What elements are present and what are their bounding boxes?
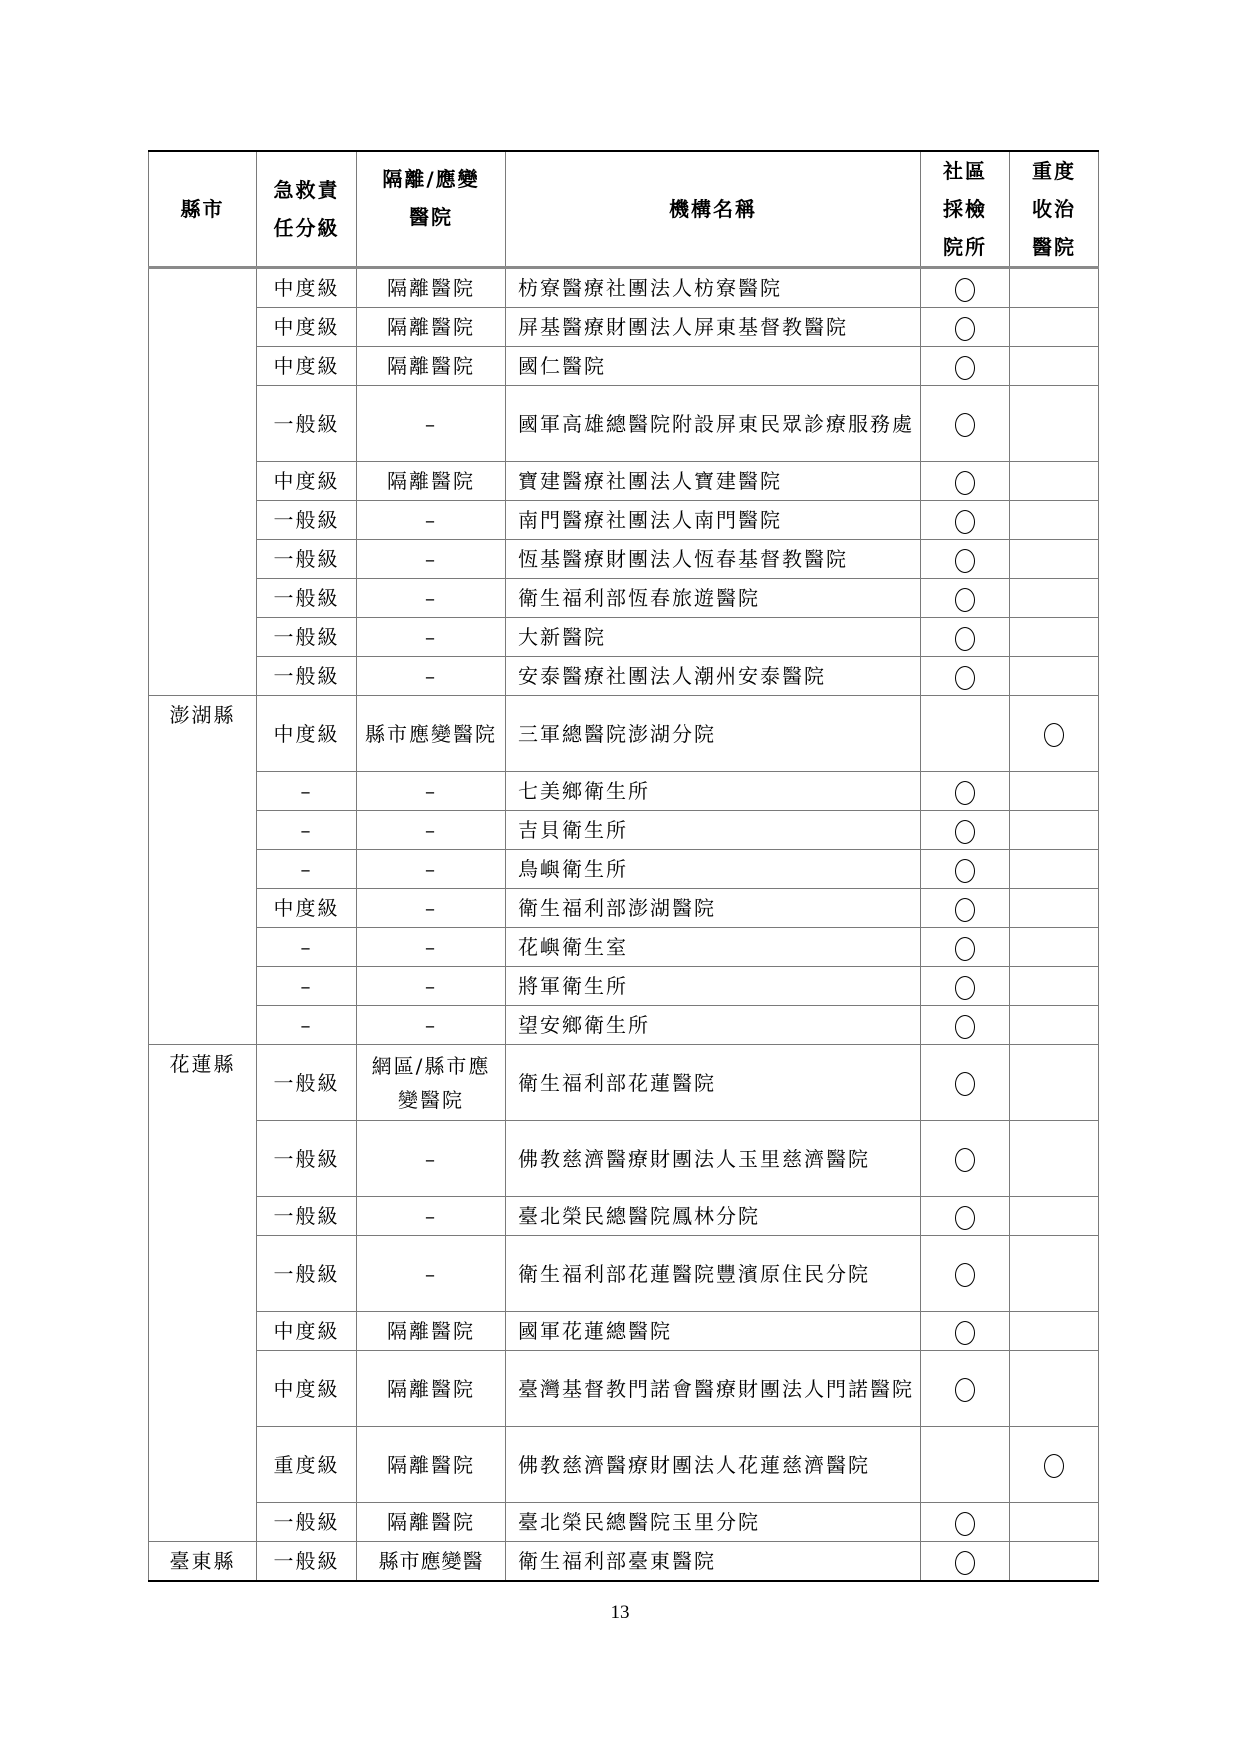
cell-level: – [257,850,357,889]
cell-severe [1010,1542,1099,1582]
hospital-table: 縣市 急救責 任分級 隔離/應變 醫院 機構名稱 社區 採檢 院所 重度 收治 [148,150,1099,1582]
table-row: 一般級–衛生福利部恆春旅遊醫院 [149,579,1099,618]
header-severe-line2: 收治 [1010,190,1098,228]
table-row: 一般級–國軍高雄總醫院附設屏東民眾診療服務處 [149,386,1099,462]
cell-level: 中度級 [257,696,357,772]
cell-institution-name: 衛生福利部澎湖醫院 [506,889,921,928]
cell-isolation: 隔離醫院 [357,1503,506,1542]
cell-county [149,268,257,696]
table-row: 一般級隔離醫院臺北榮民總醫院玉里分院 [149,1503,1099,1542]
table-row: 一般級–佛教慈濟醫療財團法人玉里慈濟醫院 [149,1121,1099,1197]
cell-level: 中度級 [257,268,357,308]
circle-mark-icon [955,510,975,534]
cell-institution-name: 七美鄉衛生所 [506,772,921,811]
cell-isolation: – [357,811,506,850]
cell-level: 一般級 [257,618,357,657]
cell-level: – [257,967,357,1006]
cell-community [921,967,1010,1006]
cell-institution-name: 花嶼衛生室 [506,928,921,967]
cell-severe [1010,540,1099,579]
circle-mark-icon [955,356,975,380]
header-name: 機構名稱 [506,151,921,268]
circle-mark-icon [955,627,975,651]
cell-county: 澎湖縣 [149,696,257,1045]
table-body: 中度級隔離醫院枋寮醫療社團法人枋寮醫院中度級隔離醫院屏基醫療財團法人屏東基督教醫… [149,268,1099,1582]
cell-community [921,501,1010,540]
cell-severe [1010,657,1099,696]
circle-mark-icon [955,781,975,805]
cell-community [921,1427,1010,1503]
cell-community [921,347,1010,386]
table-row: 臺東縣一般級縣市應變醫衛生福利部臺東醫院 [149,1542,1099,1582]
cell-isolation: 隔離醫院 [357,308,506,347]
circle-mark-icon [1044,1454,1064,1478]
table-row: 花蓮縣一般級網區/縣市應變醫院衛生福利部花蓮醫院 [149,1045,1099,1121]
page-number: 13 [0,1602,1240,1624]
cell-severe [1010,1121,1099,1197]
table-row: 一般級–臺北榮民總醫院鳳林分院 [149,1197,1099,1236]
circle-mark-icon [955,1206,975,1230]
table-row: 中度級隔離醫院枋寮醫療社團法人枋寮醫院 [149,268,1099,308]
cell-severe [1010,268,1099,308]
cell-severe [1010,1351,1099,1427]
cell-isolation: 隔離醫院 [357,1427,506,1503]
cell-institution-name: 三軍總醫院澎湖分院 [506,696,921,772]
cell-community [921,1006,1010,1045]
cell-isolation: 隔離醫院 [357,1312,506,1351]
cell-severe [1010,1197,1099,1236]
cell-severe [1010,1236,1099,1312]
cell-community [921,1503,1010,1542]
circle-mark-icon [955,820,975,844]
header-isolation: 隔離/應變 醫院 [357,151,506,268]
cell-institution-name: 佛教慈濟醫療財團法人玉里慈濟醫院 [506,1121,921,1197]
cell-level: 一般級 [257,501,357,540]
header-severe: 重度 收治 醫院 [1010,151,1099,268]
circle-mark-icon [955,898,975,922]
cell-isolation: 隔離醫院 [357,1351,506,1427]
cell-isolation: 隔離醫院 [357,268,506,308]
cell-community [921,579,1010,618]
cell-institution-name: 國仁醫院 [506,347,921,386]
cell-level: 重度級 [257,1427,357,1503]
cell-level: 中度級 [257,462,357,501]
table-row: 一般級–恆基醫療財團法人恆春基督教醫院 [149,540,1099,579]
cell-institution-name: 衛生福利部恆春旅遊醫院 [506,579,921,618]
header-isolation-line1: 隔離/應變 [357,160,505,198]
table-row: 中度級隔離醫院寶建醫療社團法人寶建醫院 [149,462,1099,501]
cell-community [921,386,1010,462]
table-row: ––吉貝衛生所 [149,811,1099,850]
table-row: 中度級隔離醫院臺灣基督教門諾會醫療財團法人門諾醫院 [149,1351,1099,1427]
circle-mark-icon [955,1378,975,1402]
cell-severe [1010,386,1099,462]
cell-level: – [257,1006,357,1045]
cell-institution-name: 吉貝衛生所 [506,811,921,850]
cell-level: 一般級 [257,657,357,696]
cell-institution-name: 鳥嶼衛生所 [506,850,921,889]
cell-level: 一般級 [257,1121,357,1197]
cell-institution-name: 衛生福利部臺東醫院 [506,1542,921,1582]
cell-severe [1010,1427,1099,1503]
cell-severe [1010,501,1099,540]
cell-level: – [257,811,357,850]
cell-level: 一般級 [257,1503,357,1542]
cell-institution-name: 安泰醫療社團法人潮州安泰醫院 [506,657,921,696]
cell-isolation: – [357,850,506,889]
cell-institution-name: 國軍高雄總醫院附設屏東民眾診療服務處 [506,386,921,462]
document-page: 縣市 急救責 任分級 隔離/應變 醫院 機構名稱 社區 採檢 院所 重度 收治 [0,0,1240,1754]
table-row: ––花嶼衛生室 [149,928,1099,967]
cell-community [921,268,1010,308]
cell-level: 一般級 [257,579,357,618]
cell-isolation: – [357,501,506,540]
cell-isolation: – [357,657,506,696]
cell-community [921,657,1010,696]
cell-severe [1010,811,1099,850]
cell-community [921,1236,1010,1312]
cell-community [921,540,1010,579]
cell-institution-name: 將軍衛生所 [506,967,921,1006]
header-severe-line3: 醫院 [1010,228,1098,266]
cell-severe [1010,347,1099,386]
cell-institution-name: 衛生福利部花蓮醫院 [506,1045,921,1121]
cell-severe [1010,1503,1099,1542]
cell-community [921,1312,1010,1351]
cell-isolation: – [357,772,506,811]
circle-mark-icon [955,976,975,1000]
cell-level: 一般級 [257,386,357,462]
cell-community [921,618,1010,657]
table-row: 一般級–南門醫療社團法人南門醫院 [149,501,1099,540]
circle-mark-icon [955,1015,975,1039]
cell-level: 中度級 [257,347,357,386]
cell-county: 花蓮縣 [149,1045,257,1542]
table-row: 中度級–衛生福利部澎湖醫院 [149,889,1099,928]
table-header-row: 縣市 急救責 任分級 隔離/應變 醫院 機構名稱 社區 採檢 院所 重度 收治 [149,151,1099,268]
cell-isolation: 網區/縣市應變醫院 [357,1045,506,1121]
cell-institution-name: 南門醫療社團法人南門醫院 [506,501,921,540]
cell-severe [1010,889,1099,928]
cell-institution-name: 國軍花蓮總醫院 [506,1312,921,1351]
cell-community [921,696,1010,772]
cell-severe [1010,308,1099,347]
cell-isolation: 縣市應變醫 [357,1542,506,1582]
cell-level: 一般級 [257,540,357,579]
cell-institution-name: 寶建醫療社團法人寶建醫院 [506,462,921,501]
header-community-line3: 院所 [921,228,1009,266]
header-county: 縣市 [149,151,257,268]
table-row: ––七美鄉衛生所 [149,772,1099,811]
circle-mark-icon [955,1321,975,1345]
table-row: 一般級–安泰醫療社團法人潮州安泰醫院 [149,657,1099,696]
header-severe-line1: 重度 [1010,152,1098,190]
circle-mark-icon [955,1072,975,1096]
cell-community [921,1542,1010,1582]
cell-institution-name: 佛教慈濟醫療財團法人花蓮慈濟醫院 [506,1427,921,1503]
cell-level: 一般級 [257,1045,357,1121]
circle-mark-icon [955,1148,975,1172]
cell-institution-name: 臺北榮民總醫院玉里分院 [506,1503,921,1542]
circle-mark-icon [955,859,975,883]
cell-isolation: – [357,618,506,657]
cell-severe [1010,579,1099,618]
cell-isolation: – [357,1006,506,1045]
header-community-line1: 社區 [921,152,1009,190]
cell-severe [1010,772,1099,811]
table-row: 中度級隔離醫院屏基醫療財團法人屏東基督教醫院 [149,308,1099,347]
circle-mark-icon [955,471,975,495]
circle-mark-icon [955,1551,975,1575]
cell-isolation: – [357,386,506,462]
cell-institution-name: 枋寮醫療社團法人枋寮醫院 [506,268,921,308]
cell-isolation: – [357,579,506,618]
cell-isolation: – [357,928,506,967]
cell-severe [1010,928,1099,967]
header-level-line2: 任分級 [257,209,356,247]
cell-level: – [257,772,357,811]
cell-institution-name: 臺北榮民總醫院鳳林分院 [506,1197,921,1236]
cell-level: 中度級 [257,1351,357,1427]
cell-isolation: 縣市應變醫院 [357,696,506,772]
cell-community [921,1045,1010,1121]
header-community-line2: 採檢 [921,190,1009,228]
circle-mark-icon [955,413,975,437]
cell-county: 臺東縣 [149,1542,257,1582]
cell-institution-name: 臺灣基督教門諾會醫療財團法人門諾醫院 [506,1351,921,1427]
cell-institution-name: 望安鄉衛生所 [506,1006,921,1045]
cell-community [921,928,1010,967]
circle-mark-icon [1044,723,1064,747]
cell-severe [1010,1312,1099,1351]
cell-severe [1010,618,1099,657]
cell-community [921,1351,1010,1427]
circle-mark-icon [955,317,975,341]
header-isolation-line2: 醫院 [357,198,505,236]
table-row: ––望安鄉衛生所 [149,1006,1099,1045]
table-row: 澎湖縣中度級縣市應變醫院三軍總醫院澎湖分院 [149,696,1099,772]
cell-severe [1010,462,1099,501]
cell-severe [1010,967,1099,1006]
cell-institution-name: 恆基醫療財團法人恆春基督教醫院 [506,540,921,579]
cell-community [921,772,1010,811]
cell-isolation: – [357,1236,506,1312]
cell-isolation: 隔離醫院 [357,462,506,501]
cell-level: 一般級 [257,1197,357,1236]
circle-mark-icon [955,937,975,961]
table-row: 中度級隔離醫院國仁醫院 [149,347,1099,386]
circle-mark-icon [955,666,975,690]
table-row: ––鳥嶼衛生所 [149,850,1099,889]
table-row: 重度級隔離醫院佛教慈濟醫療財團法人花蓮慈濟醫院 [149,1427,1099,1503]
circle-mark-icon [955,1512,975,1536]
table-row: 一般級–衛生福利部花蓮醫院豐濱原住民分院 [149,1236,1099,1312]
cell-community [921,811,1010,850]
cell-community [921,1121,1010,1197]
circle-mark-icon [955,588,975,612]
cell-level: 中度級 [257,889,357,928]
cell-institution-name: 大新醫院 [506,618,921,657]
cell-level: 一般級 [257,1542,357,1582]
cell-severe [1010,850,1099,889]
cell-level: 中度級 [257,1312,357,1351]
cell-level: – [257,928,357,967]
cell-isolation: – [357,967,506,1006]
cell-isolation: – [357,540,506,579]
cell-level: 中度級 [257,308,357,347]
header-level-line1: 急救責 [257,171,356,209]
cell-community [921,850,1010,889]
circle-mark-icon [955,278,975,302]
cell-severe [1010,696,1099,772]
circle-mark-icon [955,549,975,573]
cell-isolation: – [357,1121,506,1197]
table-row: ––將軍衛生所 [149,967,1099,1006]
cell-level: 一般級 [257,1236,357,1312]
header-level: 急救責 任分級 [257,151,357,268]
cell-isolation: – [357,1197,506,1236]
cell-severe [1010,1006,1099,1045]
cell-community [921,308,1010,347]
cell-institution-name: 衛生福利部花蓮醫院豐濱原住民分院 [506,1236,921,1312]
cell-isolation: – [357,889,506,928]
header-community: 社區 採檢 院所 [921,151,1010,268]
table-row: 中度級隔離醫院國軍花蓮總醫院 [149,1312,1099,1351]
cell-community [921,1197,1010,1236]
cell-institution-name: 屏基醫療財團法人屏東基督教醫院 [506,308,921,347]
cell-community [921,889,1010,928]
cell-community [921,462,1010,501]
cell-severe [1010,1045,1099,1121]
circle-mark-icon [955,1263,975,1287]
table-row: 一般級–大新醫院 [149,618,1099,657]
cell-isolation: 隔離醫院 [357,347,506,386]
